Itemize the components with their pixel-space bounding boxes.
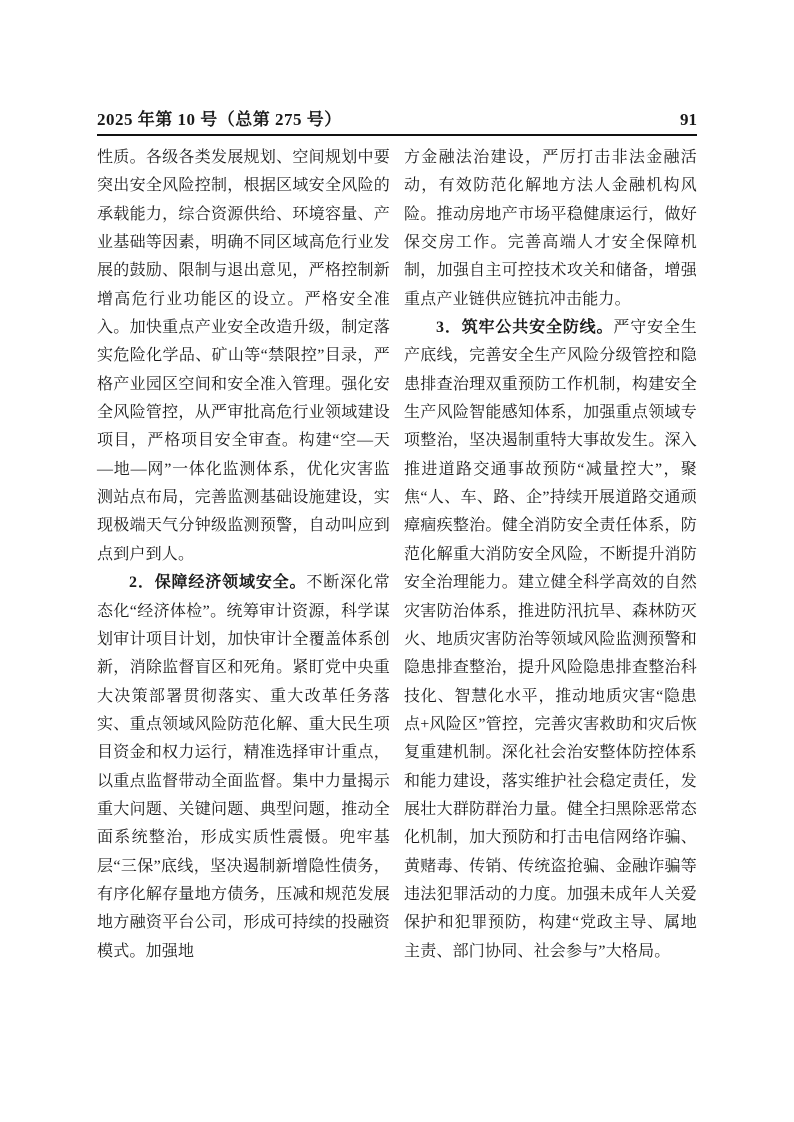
right-paragraph-text: 严守安全生产底线，完善安全生产风险分级管控和隐患排查治理双重预防工作机制，构建安… <box>404 319 697 960</box>
left-paragraph-text: 不断深化常态化“经济体检”。统筹审计资源，科学谋划审计项目计划，加快审计全覆盖体… <box>97 574 390 959</box>
two-column-content: 性质。各级各类发展规划、空间规划中要突出安全风险控制，根据区域安全风险的承载能力… <box>97 144 697 966</box>
left-continuation-text: 性质。各级各类发展规划、空间规划中要突出安全风险控制，根据区域安全风险的承载能力… <box>97 149 390 563</box>
document-page: 2025 年第 10 号（总第 275 号） 91 性质。各级各类发展规划、空间… <box>0 0 794 1122</box>
page-number: 91 <box>680 110 697 130</box>
left-continuation-paragraph: 性质。各级各类发展规划、空间规划中要突出安全风险控制，根据区域安全风险的承载能力… <box>97 144 390 569</box>
issue-label: 2025 年第 10 号（总第 275 号） <box>97 110 342 130</box>
left-numbered-paragraph: 2．保障经济领域安全。不断深化常态化“经济体检”。统筹审计资源，科学谋划审计项目… <box>97 569 390 966</box>
left-paragraph-heading: 2．保障经济领域安全。 <box>129 574 306 591</box>
right-continuation-text: 方金融法治建设，严厉打击非法金融活动，有效防范化解地方法人金融机构风险。推动房地… <box>404 149 697 308</box>
left-column: 性质。各级各类发展规划、空间规划中要突出安全风险控制，根据区域安全风险的承载能力… <box>97 144 390 966</box>
page-header: 2025 年第 10 号（总第 275 号） 91 <box>97 110 697 136</box>
right-column: 方金融法治建设，严厉打击非法金融活动，有效防范化解地方法人金融机构风险。推动房地… <box>404 144 697 966</box>
right-paragraph-heading: 3．筑牢公共安全防线。 <box>436 319 613 336</box>
right-continuation-paragraph: 方金融法治建设，严厉打击非法金融活动，有效防范化解地方法人金融机构风险。推动房地… <box>404 144 697 314</box>
right-numbered-paragraph: 3．筑牢公共安全防线。严守安全生产底线，完善安全生产风险分级管控和隐患排查治理双… <box>404 314 697 966</box>
